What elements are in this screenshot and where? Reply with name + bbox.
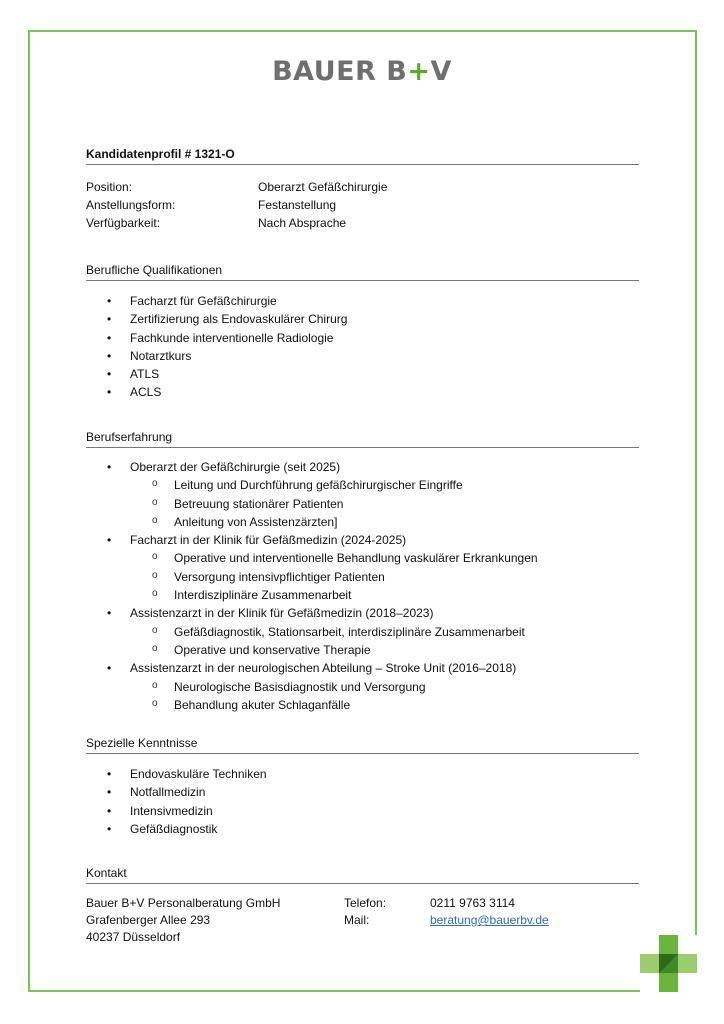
phone-label: Telefon:	[344, 895, 386, 912]
experience-role: Assistenzarzt in der neurologischen Abte…	[86, 659, 538, 677]
list-item: Endovaskuläre Techniken	[86, 765, 267, 783]
experience-detail: Betreuung stationärer Patienten	[86, 495, 538, 513]
section-contact-title: Kontakt	[86, 866, 639, 884]
skills-list: Endovaskuläre Techniken Notfallmedizin I…	[86, 765, 267, 838]
qualifications-list: Facharzt für Gefäßchirurgie Zertifizieru…	[86, 292, 347, 402]
list-item: Intensivmedizin	[86, 802, 267, 820]
contact-company: Bauer B+V Personalberatung GmbH	[86, 895, 280, 912]
experience-detail: Gefäßdiagnostik, Stationsarbeit, interdi…	[86, 623, 538, 641]
list-item: Gefäßdiagnostik	[86, 820, 267, 838]
contact-labels: Telefon: Mail:	[344, 895, 386, 929]
experience-role: Facharzt in der Klinik für Gefäßmedizin …	[86, 531, 538, 549]
experience-role: Oberarzt der Gefäßchirurgie (seit 2025)	[86, 458, 538, 476]
list-item: Zertifizierung als Endovaskulärer Chirur…	[86, 310, 347, 328]
page-frame-top	[28, 30, 697, 32]
section-skills-title: Spezielle Kenntnisse	[86, 736, 639, 754]
page-frame-bottom	[28, 990, 640, 992]
section-qualifications-title: Berufliche Qualifikationen	[86, 263, 639, 281]
mail-link[interactable]: beratung@bauerbv.de	[430, 913, 549, 927]
experience-detail: Behandlung akuter Schlaganfälle	[86, 696, 538, 714]
list-item: Notarztkurs	[86, 347, 347, 365]
mail-label: Mail:	[344, 912, 386, 929]
experience-detail: Versorgung intensivpflichtiger Patienten	[86, 568, 538, 586]
experience-detail: Interdisziplinäre Zusammenarbeit	[86, 586, 538, 604]
experience-detail: Operative und konservative Therapie	[86, 641, 538, 659]
contact-values: 0211 9763 3114 beratung@bauerbv.de	[430, 895, 549, 929]
contact-address: Bauer B+V Personalberatung GmbH Grafenbe…	[86, 895, 280, 946]
list-item: Facharzt für Gefäßchirurgie	[86, 292, 347, 310]
phone-number: 0211 9763 3114	[430, 895, 549, 912]
experience-role: Assistenzarzt in der Klinik für Gefäßmed…	[86, 604, 538, 622]
contact-street: Grafenberger Allee 293	[86, 912, 280, 929]
section-experience-title: Berufserfahrung	[86, 430, 639, 448]
page-frame-left	[28, 30, 30, 992]
plus-cross-icon	[640, 935, 697, 992]
company-logo: BAUER B+V	[0, 56, 724, 87]
list-item: Fachkunde interventionelle Radiologie	[86, 329, 347, 347]
experience-detail: Neurologische Basisdiagnostik und Versor…	[86, 678, 538, 696]
experience-list: Oberarzt der Gefäßchirurgie (seit 2025) …	[86, 458, 538, 714]
experience-detail: Anleitung von Assistenzärzten]	[86, 513, 538, 531]
profile-title: Kandidatenprofil # 1321-O	[86, 147, 639, 165]
list-item: ATLS	[86, 365, 347, 383]
contact-city: 40237 Düsseldorf	[86, 929, 280, 946]
experience-detail: Operative und interventionelle Behandlun…	[86, 549, 538, 567]
list-item: ACLS	[86, 383, 347, 401]
page-frame-right	[695, 30, 697, 935]
logo-plus-icon: +	[407, 56, 430, 87]
experience-detail: Leitung und Durchführung gefäßchirurgisc…	[86, 476, 538, 494]
list-item: Notfallmedizin	[86, 783, 267, 801]
